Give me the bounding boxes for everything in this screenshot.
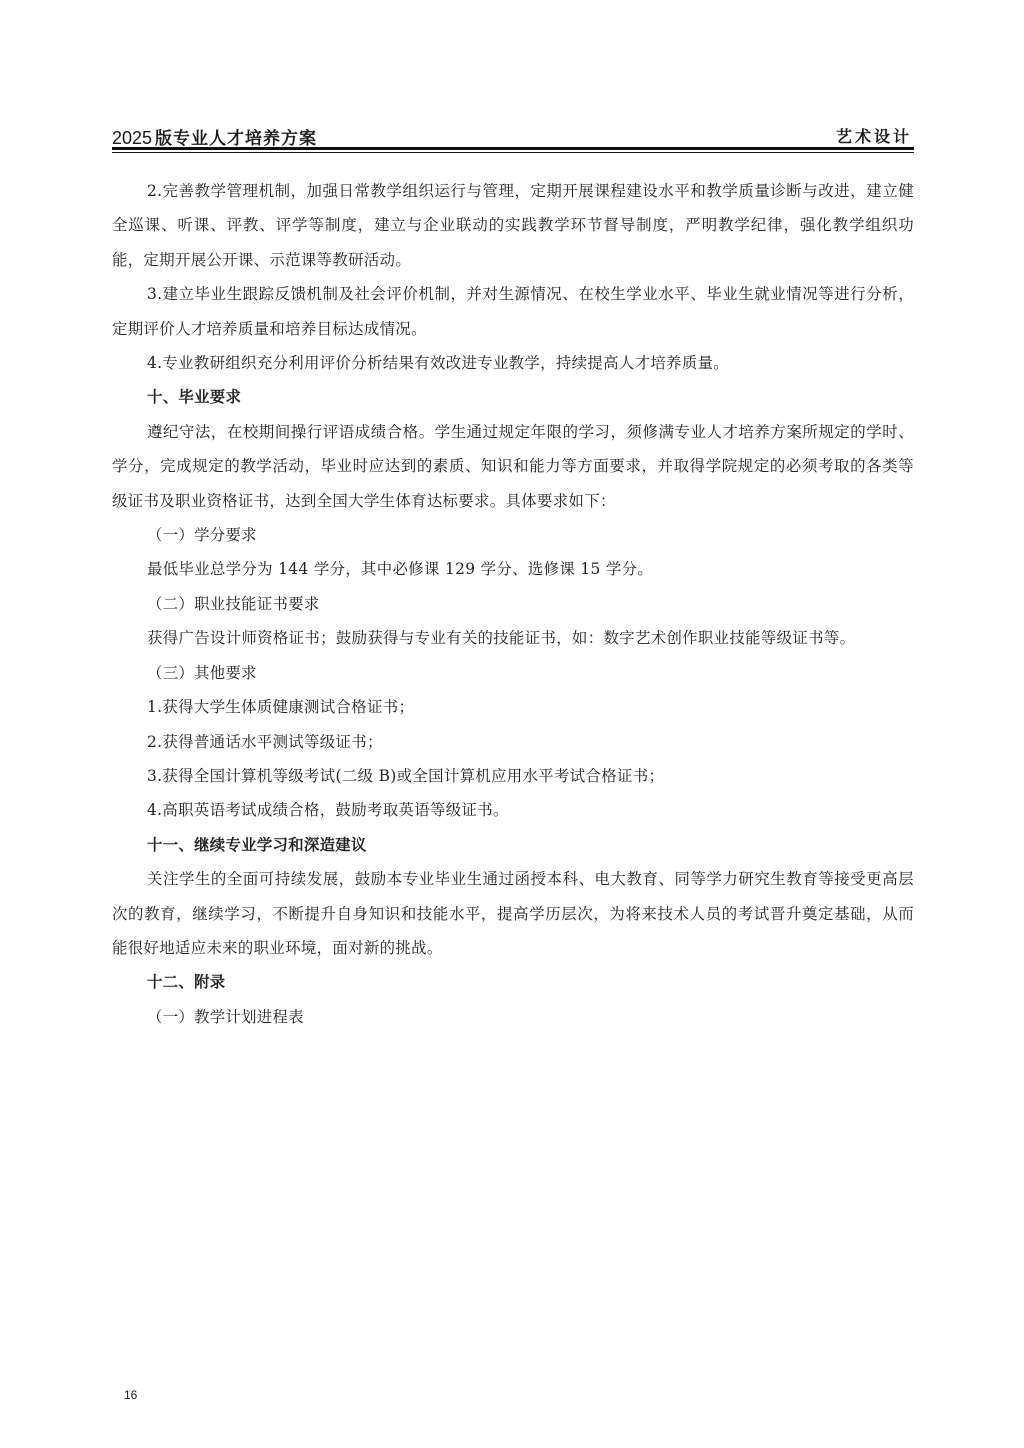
header-rule-thin <box>112 152 914 153</box>
subheading-certificates: （二）职业技能证书要求 <box>112 587 914 621</box>
document-title: 2025版专业人才培养方案 <box>112 124 317 149</box>
paragraph-certificates: 获得广告设计师资格证书；鼓励获得与专业有关的技能证书，如：数字艺术创作职业技能等… <box>112 621 914 655</box>
page-header: 2025版专业人才培养方案 艺术设计 <box>112 124 914 146</box>
list-item-other-4: 4.高职英语考试成绩合格，鼓励考取英语等级证书。 <box>112 793 914 827</box>
document-year: 2025 <box>112 128 152 148</box>
list-item-other-1: 1.获得大学生体质健康测试合格证书； <box>112 690 914 724</box>
paragraph-further-study: 关注学生的全面可持续发展，鼓励本专业毕业生通过函授本科、电大教育、同等学力研究生… <box>112 862 914 965</box>
page-number: 16 <box>124 1388 137 1402</box>
section-heading-further-study: 十一、继续专业学习和深造建议 <box>112 828 914 862</box>
subheading-teaching-plan: （一）教学计划进程表 <box>112 1000 914 1034</box>
paragraph-quality-item-4: 4.专业教研组织充分利用评价分析结果有效改进专业教学，持续提高人才培养质量。 <box>112 346 914 380</box>
list-item-other-3: 3.获得全国计算机等级考试(二级 B)或全国计算机应用水平考试合格证书； <box>112 759 914 793</box>
page-content: 2.完善教学管理机制，加强日常教学组织运行与管理，定期开展课程建设水平和教学质量… <box>112 174 914 1034</box>
section-heading-graduation: 十、毕业要求 <box>112 380 914 414</box>
document-title-text: 版专业人才培养方案 <box>155 129 317 148</box>
header-rule-thick <box>112 147 914 150</box>
major-name: 艺术设计 <box>836 124 912 147</box>
subheading-other-requirements: （三）其他要求 <box>112 656 914 690</box>
paragraph-quality-item-3: 3.建立毕业生跟踪反馈机制及社会评价机制，并对生源情况、在校生学业水平、毕业生就… <box>112 277 914 346</box>
subheading-credits: （一）学分要求 <box>112 518 914 552</box>
paragraph-credits: 最低毕业总学分为 144 学分，其中必修课 129 学分、选修课 15 学分。 <box>112 552 914 586</box>
paragraph-quality-item-2: 2.完善教学管理机制，加强日常教学组织运行与管理，定期开展课程建设水平和教学质量… <box>112 174 914 277</box>
section-heading-appendix: 十二、附录 <box>112 965 914 999</box>
list-item-other-2: 2.获得普通话水平测试等级证书； <box>112 725 914 759</box>
paragraph-graduation-intro: 遵纪守法，在校期间操行评语成绩合格。学生通过规定年限的学习，须修满专业人才培养方… <box>112 415 914 518</box>
